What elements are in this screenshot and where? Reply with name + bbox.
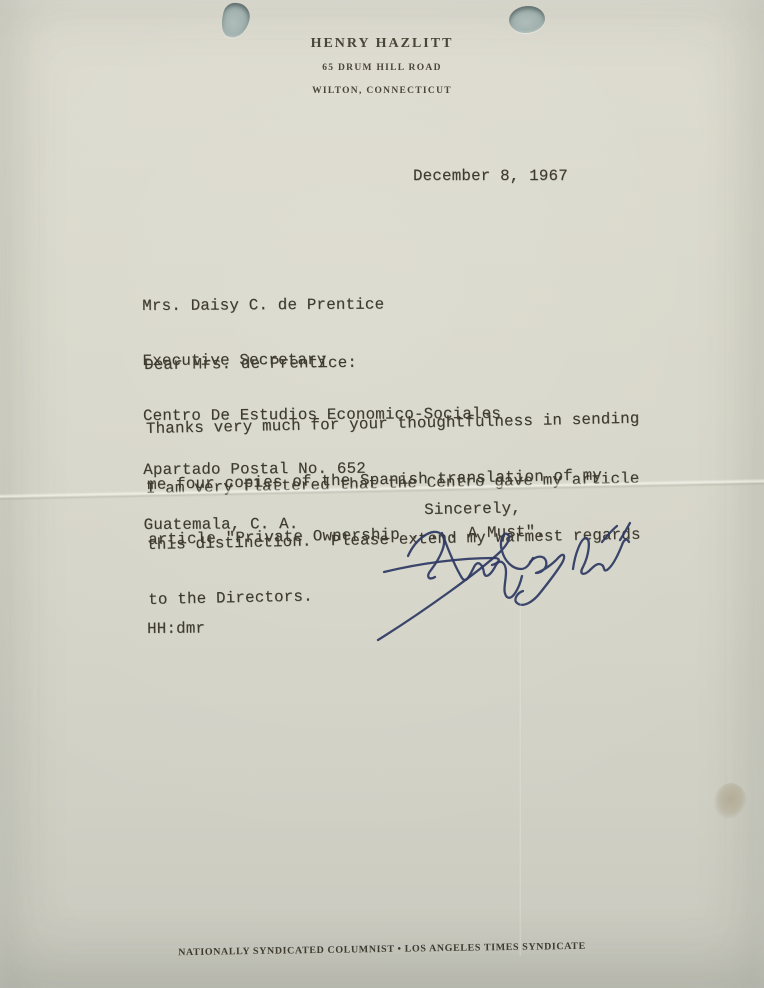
signature-t-cross <box>620 523 630 540</box>
signature-stroke <box>515 555 564 605</box>
letterhead-address-line2: WILTON, CONNECTICUT <box>0 86 764 97</box>
punch-hole-right <box>508 4 547 35</box>
fold-crease-vertical <box>519 596 522 956</box>
letterhead-name: HENRY HAZLITT <box>0 37 764 51</box>
letter-page: HENRY HAZLITT 65 DRUM HILL ROAD WILTON, … <box>0 0 764 988</box>
signature-henry-hazlitt <box>376 512 668 642</box>
salutation: Dear Mrs. de Prentice: <box>144 354 357 375</box>
date-line: December 8, 1967 <box>413 167 568 186</box>
signature-stroke <box>573 538 629 574</box>
stain-mark <box>710 779 750 822</box>
reference-initials: HH:dmr <box>147 619 205 638</box>
footer-syndicate-line: NATIONALLY SYNDICATED COLUMNIST • LOS AN… <box>0 938 764 961</box>
recipient-line: Mrs. Daisy C. de Prentice <box>142 295 500 315</box>
punch-hole-left <box>219 1 253 41</box>
signature-t-cross <box>602 526 617 542</box>
letterhead: HENRY HAZLITT 65 DRUM HILL ROAD WILTON, … <box>0 37 764 109</box>
signature-stroke <box>378 534 533 640</box>
signature-stroke <box>408 532 444 579</box>
letterhead-address-line1: 65 DRUM HILL ROAD <box>0 63 764 74</box>
